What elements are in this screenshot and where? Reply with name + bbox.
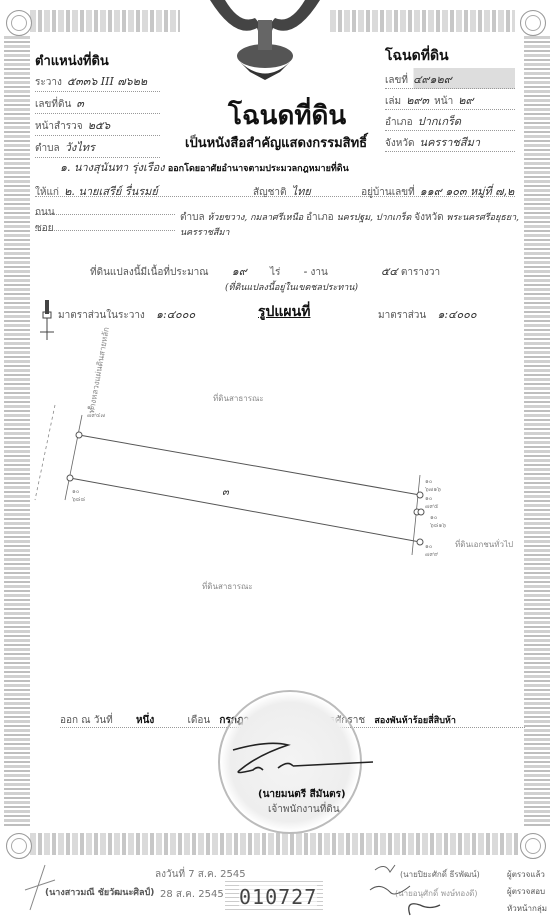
- bottom-border-band: [30, 833, 520, 855]
- deed-info-fields: เลขที่ ๔๙๑๒๙ เล่ม ๒๙๓ หน้า ๒๙ อำเภอ ปากเ…: [385, 68, 515, 152]
- map-right-label: ที่ดินเอกชนทั่วไป: [455, 538, 513, 551]
- field-label: เลขที่ดิน: [35, 99, 71, 110]
- road-line: ถนน: [35, 200, 175, 215]
- field-volume-page: เล่ม ๒๙๓ หน้า ๒๙: [385, 89, 515, 110]
- owner-line-2: ให้แก่ ๒. นายเสรีย์ รื่นรมย์ สัญชาติ ไทย…: [35, 180, 515, 197]
- marker-num: ๑๐: [72, 488, 85, 496]
- note-head: หัวหน้ากลุ่ม: [507, 900, 547, 917]
- marker-num: ๑๐: [425, 543, 438, 551]
- field-label: เลขที่: [385, 75, 408, 86]
- address-label: อยู่บ้านเลขที่: [361, 187, 415, 198]
- deed-info-heading: โฉนดที่ดิน: [385, 45, 449, 67]
- nationality-value: ไทย: [292, 185, 311, 198]
- corner-rosette-bottom-right: [520, 833, 546, 859]
- serial-box: 010727: [225, 878, 323, 912]
- address-value: ๑๑๙ ๑๐๓ หมู่ที่ ๗,๒: [420, 185, 515, 198]
- marker-code: ๖๘๑๖: [430, 522, 446, 530]
- official-name: (นายมนตรี สีมันตร): [258, 787, 346, 802]
- map-scale-line: มาตราส่วนในระวาง ๑:๔๐๐๐: [58, 305, 195, 323]
- field-value: วังไทร: [65, 141, 95, 154]
- field-deed-number: เลขที่ ๔๙๑๒๙: [385, 68, 515, 89]
- marker-num: ๑๐: [87, 404, 105, 412]
- date-label: ออก ณ วันที่: [60, 715, 113, 726]
- field-value: ๕๓๓๖ III ๗๖๒๒: [67, 75, 147, 88]
- marker-4: ๑๐๗๙๕: [425, 495, 438, 511]
- corner-rosette-bottom-left: [6, 833, 32, 859]
- note-checked: ผู้ตรวจแล้ว: [507, 866, 547, 883]
- north-arrow-icon: [40, 300, 54, 344]
- location-line: ตำบล ห้วยขวาง, กมลาศรีเหนือ อำเภอ นครปฐม…: [180, 210, 520, 239]
- clerk-name: (นางสาวมณี ชัยวัฒนะศิลป์): [45, 885, 154, 899]
- top-border-band-right: [330, 10, 515, 32]
- stamp-line-2: 28 ส.ค. 2545: [160, 887, 224, 902]
- field-label: ตำบล: [35, 143, 60, 154]
- soi-label: ซอย: [35, 223, 54, 234]
- field-land-number: เลขที่ดิน ๓: [35, 92, 160, 114]
- field-label: ระวาง: [35, 77, 62, 88]
- map-top-label: ที่ดินสาธารณะ: [213, 392, 264, 405]
- area-note: (ที่ดินแปลงนี้อยู่ในเขตชลประทาน): [225, 280, 358, 294]
- field-province: จังหวัด นครราชสีมา: [385, 131, 515, 152]
- document-subtitle: เป็นหนังสือสำคัญแสดงกรรมสิทธิ์: [185, 132, 367, 153]
- area-line: ที่ดินแปลงนี้มีเนื้อที่ประมาณ ๑๙ ไร่ - ง…: [90, 262, 440, 280]
- marker-1: ๑๐๗๙๔๗: [87, 404, 105, 420]
- note-verified: ผู้ตรวจสอบ: [507, 883, 547, 900]
- top-border-band: [30, 10, 180, 32]
- area-ngan-unit: งาน: [311, 267, 328, 278]
- field-value: นครราชสีมา: [420, 136, 480, 149]
- field-value: ๒๕๖: [88, 119, 111, 132]
- scale-value: ๑:๔๐๐๐: [156, 308, 195, 321]
- field-label: หน้า: [434, 96, 453, 107]
- marker-code: ๖๗๑๖: [425, 486, 441, 494]
- field-value: ปากเกร็ด: [418, 115, 461, 128]
- field-value: ๒๙: [458, 94, 473, 107]
- marker-num: ๑๐: [425, 495, 438, 503]
- document-title: โฉนดที่ดิน: [228, 95, 346, 136]
- issued-by-line: ออกโดยอาศัยอำนาจตามประมวลกฎหมายที่ดิน: [168, 164, 349, 174]
- issue-year: สองพันห้าร้อยสี่สิบห้า: [374, 716, 456, 726]
- marker-num: ๑๐: [430, 514, 446, 522]
- field-label: อำเภอ: [385, 117, 413, 128]
- parcel-number: ๓: [222, 485, 229, 500]
- amphoe-label: อำเภอ: [306, 212, 334, 223]
- land-position-fields: ระวาง ๕๓๓๖ III ๗๖๒๒ เลขที่ดิน ๓ หน้าสำรว…: [35, 70, 160, 158]
- garuda-emblem-icon: [205, 0, 325, 82]
- marker-code: ๗๙๙: [425, 551, 438, 559]
- map-bottom-label: ที่ดินสาธารณะ: [202, 580, 253, 593]
- marker-5: ๑๐๖๘๑๖: [430, 514, 446, 530]
- marker-code: ๗๙๕: [425, 503, 438, 511]
- tambon-value: ห้วยขวาง, กมลาศรีเหนือ: [207, 213, 303, 223]
- field-label: จังหวัด: [385, 138, 414, 149]
- to-label: ให้แก่: [35, 187, 59, 198]
- area-label: ที่ดินแปลงนี้มีเนื้อที่ประมาณ: [90, 267, 209, 278]
- field-value: ๓: [76, 97, 84, 110]
- map-scale-value: ๑:๔๐๐๐: [437, 308, 476, 321]
- marker-3: ๑๐๖๗๑๖: [425, 478, 441, 494]
- corner-rosette-top-right: [520, 10, 546, 36]
- left-border-band: [4, 36, 30, 826]
- official-title: เจ้าพนักงานที่ดิน: [268, 802, 340, 817]
- area-ngan: -: [304, 265, 308, 278]
- marker-code: ๗๙๔๗: [87, 412, 105, 420]
- marker-6: ๑๐๗๙๙: [425, 543, 438, 559]
- province-label: จังหวัด: [414, 212, 443, 223]
- field-label: หน้าสำรวจ: [35, 121, 83, 132]
- map-scale-label: มาตราส่วน: [378, 310, 426, 321]
- tambon-label: ตำบล: [180, 212, 205, 223]
- amphoe-value: นครปฐม, ปากเกร็ด: [337, 213, 412, 223]
- serial-number: 010727: [239, 885, 317, 909]
- field-tambon: ตำบล วังไทร: [35, 136, 160, 158]
- field-ravang: ระวาง ๕๓๓๖ III ๗๖๒๒: [35, 70, 160, 92]
- area-sq-wa: ๕๔: [381, 265, 398, 278]
- field-value: ๒๙๓: [406, 94, 429, 107]
- area-sq-wa-unit: ตารางวา: [401, 267, 440, 278]
- corner-rosette-top-left: [6, 10, 32, 36]
- marker-num: ๑๐: [425, 478, 441, 486]
- area-rai-unit: ไร่: [270, 267, 280, 278]
- soi-line: ซอย: [35, 216, 175, 231]
- field-label: เล่ม: [385, 96, 401, 107]
- footer-right-notes: ผู้ตรวจแล้ว ผู้ตรวจสอบ หัวหน้ากลุ่ม: [507, 866, 547, 917]
- field-value: ๔๙๑๒๙: [413, 73, 452, 86]
- nationality-label: สัญชาติ: [253, 187, 287, 198]
- marker-2: ๑๐๖๘๘: [72, 488, 85, 504]
- month-label: เดือน: [187, 715, 210, 726]
- new-owner: ๒. นายเสรีย์ รื่นรมย์: [64, 185, 158, 198]
- signature-icon: [228, 740, 378, 780]
- field-survey-page: หน้าสำรวจ ๒๕๖: [35, 114, 160, 136]
- issue-day: หนึ่ง: [136, 715, 154, 726]
- map-scale-right: มาตราส่วน ๑:๔๐๐๐: [378, 305, 477, 323]
- original-owner: ๑. นางสุนันทา รุ่งเรือง: [60, 161, 165, 174]
- parcel-map: [30, 360, 530, 590]
- owner-line-1: ๑. นางสุนันทา รุ่งเรือง ออกโดยอาศัยอำนาจ…: [60, 158, 349, 176]
- scale-label: มาตราส่วนในระวาง: [58, 310, 145, 321]
- map-heading: รูปแผนที่: [258, 301, 310, 323]
- field-amphoe: อำเภอ ปากเกร็ด: [385, 110, 515, 131]
- land-position-heading: ตำแหน่งที่ดิน: [35, 50, 109, 71]
- marker-code: ๖๘๘: [72, 496, 85, 504]
- area-rai: ๑๙: [232, 265, 247, 278]
- footer-initials-icon: [365, 860, 505, 921]
